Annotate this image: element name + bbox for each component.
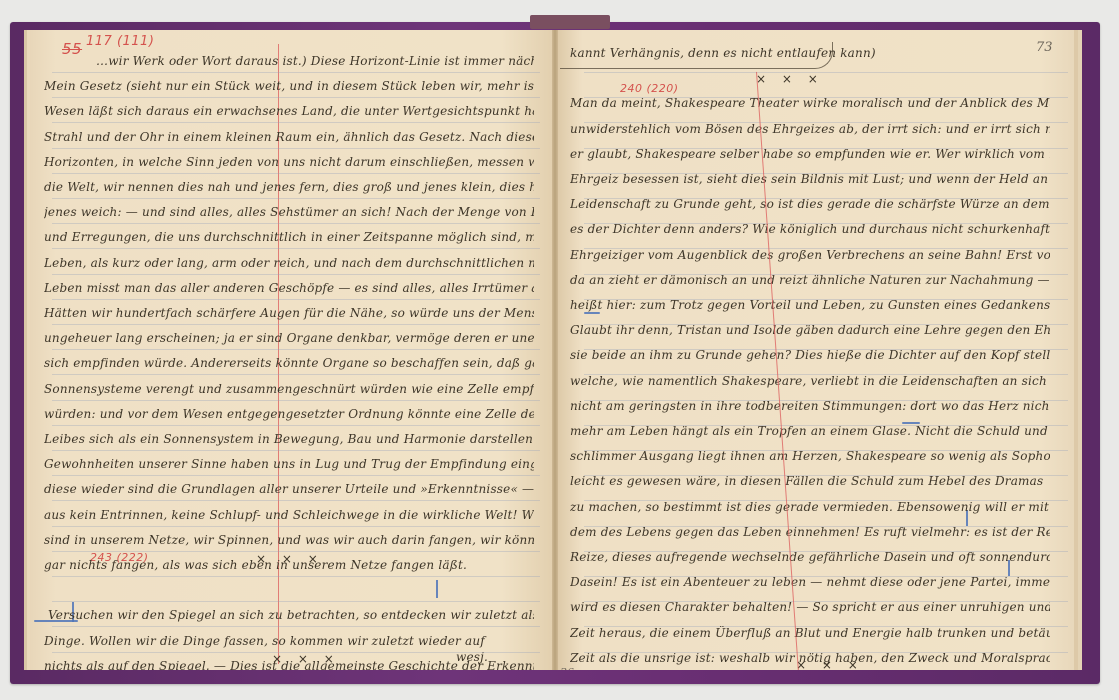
- handwritten-line: …wir Werk oder Wort daraus ist.) Diese H…: [96, 54, 534, 72]
- ruled-line: [52, 72, 540, 73]
- ruled-line: [52, 626, 540, 627]
- handwritten-line: dem des Lebens gegen das Leben einnehmen…: [570, 525, 1050, 543]
- handwritten-line: welche, wie namentlich Shakespeare, verl…: [570, 374, 1050, 392]
- ruled-line: [52, 576, 540, 577]
- ruled-line: [52, 601, 540, 602]
- handwritten-line: Leibes sich als ein Sonnensystem in Bewe…: [44, 432, 534, 450]
- handwritten-line: da an zieht er dämonisch an und reizt äh…: [570, 273, 1050, 291]
- handwritten-line: Dasein! Es ist ein Abenteuer zu leben — …: [570, 575, 1050, 593]
- handwritten-line: Horizonten, in welche Sinn jeden von uns…: [44, 155, 534, 173]
- ruled-line: [52, 148, 540, 149]
- handwritten-line: wird es diesen Charakter behalten! — So …: [570, 600, 1050, 618]
- ruled-line: [52, 223, 540, 224]
- handwritten-line: Reize, dieses aufregende wechselnde gefä…: [570, 550, 1050, 568]
- handwritten-line: Dinge. Wollen wir die Dinge fassen, so k…: [44, 634, 534, 652]
- handwritten-line: unwiderstehlich vom Bösen des Ehrgeizes …: [570, 122, 1050, 140]
- handwritten-line: Ehrgeiz besessen ist, sieht dies sein Bi…: [570, 172, 1050, 190]
- handwritten-line: Mein Gesetz (sieht nur ein Stück weit, u…: [44, 79, 534, 97]
- handwritten-line: leicht es gewesen wäre, in diesen Fällen…: [570, 474, 1050, 492]
- handwritten-line: Hätten wir hundertfach schärfere Augen f…: [44, 306, 534, 324]
- handwritten-line: und Erregungen, die uns durchschnittlich…: [44, 230, 534, 248]
- handwritten-line: Versuchen wir den Spiegel an sich zu bet…: [48, 608, 534, 626]
- ruled-line: [52, 475, 540, 476]
- blue-pencil-bracket: [436, 580, 438, 598]
- ruled-line: [52, 97, 540, 98]
- handwritten-line: Leben misst man das aller anderen Geschö…: [44, 281, 534, 299]
- handwritten-line: mehr am Leben hängt als ein Tropfen an e…: [570, 424, 1050, 442]
- handwritten-line: sich empfinden würde. Andererseits könnt…: [44, 356, 534, 374]
- handwritten-line: zu machen, so bestimmt ist dies gerade v…: [570, 500, 1050, 518]
- ruled-line: [52, 349, 540, 350]
- handwritten-line: nichts als auf den Spiegel. — Dies ist d…: [44, 659, 534, 670]
- ruled-line: [52, 551, 540, 552]
- handwritten-line: die Welt, wir nennen dies nah und jenes …: [44, 180, 534, 198]
- handwritten-line: diese wieder sind die Grundlagen aller u…: [44, 482, 534, 500]
- handwritten-line: Strahl und der Ohr in einem kleinen Raum…: [44, 130, 534, 148]
- ruled-line: [52, 526, 540, 527]
- handwritten-line: Leidenschaft zu Grunde geht, so ist dies…: [570, 197, 1050, 215]
- handwritten-line: aus kein Entrinnen, keine Schlupf- und S…: [44, 508, 534, 526]
- handwritten-line: Man da meint, Shakespeare Theater wirke …: [570, 96, 1050, 114]
- handwritten-line: er glaubt, Shakespeare selber habe so em…: [570, 147, 1050, 165]
- archival-number: 117 (111): [86, 34, 154, 49]
- section-separator: × × ×: [756, 72, 824, 86]
- ruled-line: [52, 274, 540, 275]
- archival-number-struck: 55: [62, 40, 82, 58]
- ruled-line: [52, 198, 540, 199]
- handwritten-line: sie beide an ihm zu Grunde gehen? Dies h…: [570, 348, 1050, 366]
- handwritten-line: Ehrgeiziger vom Augenblick des großen Ve…: [570, 248, 1050, 266]
- handwritten-line: ungeheuer lang erscheinen; ja er sind Or…: [44, 331, 534, 349]
- ruled-line: [584, 72, 1068, 73]
- handwritten-line: würden: und vor dem Wesen entgegengesetz…: [44, 407, 534, 425]
- left-page: 55 117 (111) 243 (222) × × × × × × wesj.…: [24, 30, 554, 670]
- handwritten-line: kannt Verhängnis, denn es nicht entlaufe…: [570, 46, 1050, 64]
- ruled-line: [52, 122, 540, 123]
- handwritten-line: sind in unserem Netze, wir Spinnen, und …: [44, 533, 534, 551]
- notebook-spine: [530, 15, 610, 29]
- ruled-line: [52, 652, 540, 653]
- ruled-line: [52, 248, 540, 249]
- handwritten-line: Gewohnheiten unserer Sinne haben uns in …: [44, 457, 534, 475]
- handwritten-line: schlimmer Ausgang liegt ihnen am Herzen,…: [570, 449, 1050, 467]
- archival-number: 240 (220): [620, 82, 679, 95]
- ruled-line: [52, 450, 540, 451]
- handwritten-line: Zeit heraus, die einem Überfluß an Blut …: [570, 626, 1050, 644]
- handwritten-line: es der Dichter denn anders? Wie königlic…: [570, 222, 1050, 240]
- handwritten-line: Leben, als kurz oder lang, arm oder reic…: [44, 256, 534, 274]
- ruled-line: [52, 299, 540, 300]
- handwritten-line: Wesen läßt sich daraus ein erwachsenes L…: [44, 104, 534, 122]
- handwritten-line: Glaubt ihr denn, Tristan und Isolde gäbe…: [570, 323, 1050, 341]
- right-page: 73 36 240 (220) × × × × × × kannt Verhän…: [556, 30, 1082, 670]
- ruled-line: [52, 500, 540, 501]
- ruled-line: [52, 400, 540, 401]
- handwritten-line: Zeit als die unsrige ist: weshalb wir nö…: [570, 651, 1050, 669]
- handwritten-line: nicht am geringsten in ihre todbereiten …: [570, 399, 1050, 417]
- ruled-line: [52, 324, 540, 325]
- ruled-line: [52, 374, 540, 375]
- ruled-line: [52, 425, 540, 426]
- handwritten-line: heißt hier: zum Trotz gegen Vorteil und …: [570, 298, 1050, 316]
- handwritten-line: gar nichts fangen, als was sich eben in …: [44, 558, 534, 576]
- book-gutter: [552, 30, 558, 670]
- ruled-line: [52, 173, 540, 174]
- handwritten-line: Sonnensysteme verengt und zusammengeschn…: [44, 382, 534, 400]
- handwritten-line: jenes weich: — und sind alles, alles Seh…: [44, 205, 534, 223]
